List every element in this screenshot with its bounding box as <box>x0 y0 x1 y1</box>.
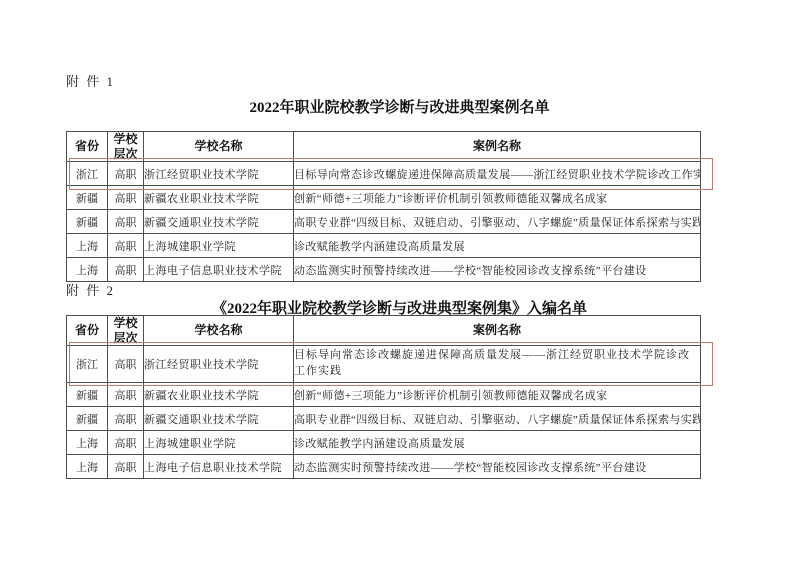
header-school: 学校名称 <box>144 316 294 346</box>
table-row: 新疆 高职 新疆农业职业技术学院 创新“师德+三项能力”诊断评价机制引领教师德能… <box>67 186 701 210</box>
cell-school: 上海电子信息职业技术学院 <box>144 258 294 282</box>
cell-level: 高职 <box>108 162 144 186</box>
header-case: 案例名称 <box>294 316 701 346</box>
cell-province: 上海 <box>67 455 108 479</box>
cell-province: 上海 <box>67 431 108 455</box>
cell-case: 创新“师德+三项能力”诊断评价机制引领教师德能双馨成名成家 <box>294 383 701 407</box>
header-level: 学校层次 <box>108 132 144 162</box>
table-row: 新疆 高职 新疆农业职业技术学院 创新“师德+三项能力”诊断评价机制引领教师德能… <box>67 383 701 407</box>
table-row: 上海 高职 上海电子信息职业技术学院 动态监测实时预警持续改进——学校“智能校园… <box>67 258 701 282</box>
table-row: 上海 高职 上海城建职业学院 诊改赋能教学内涵建设高质量发展 <box>67 431 701 455</box>
document-page: 附 件 1 2022年职业院校教学诊断与改进典型案例名单 省份 学校层次 学校名… <box>0 0 799 565</box>
cell-school: 浙江经贸职业技术学院 <box>144 162 294 186</box>
cell-school: 新疆农业职业技术学院 <box>144 186 294 210</box>
cell-school: 新疆交通职业技术学院 <box>144 407 294 431</box>
table2-inclusion-list: 省份 学校层次 学校名称 案例名称 浙江 高职 浙江经贸职业技术学院 目标导向常… <box>66 315 701 479</box>
cell-school: 上海城建职业学院 <box>144 234 294 258</box>
cell-school: 新疆交通职业技术学院 <box>144 210 294 234</box>
attachment1-label: 附 件 1 <box>66 71 115 90</box>
cell-level: 高职 <box>108 258 144 282</box>
table-row: 新疆 高职 新疆交通职业技术学院 高职专业群“四级目标、双链启动、引擎驱动、八字… <box>67 407 701 431</box>
cell-level: 高职 <box>108 234 144 258</box>
table-row: 新疆 高职 新疆交通职业技术学院 高职专业群“四级目标、双链启动、引擎驱动、八字… <box>67 210 701 234</box>
header-province: 省份 <box>67 316 108 346</box>
cell-province: 浙江 <box>67 162 108 186</box>
cell-level: 高职 <box>108 186 144 210</box>
header-province: 省份 <box>67 132 108 162</box>
cell-province: 新疆 <box>67 407 108 431</box>
cell-province: 新疆 <box>67 186 108 210</box>
cell-level: 高职 <box>108 383 144 407</box>
cell-level: 高职 <box>108 407 144 431</box>
cell-province: 新疆 <box>67 383 108 407</box>
table-row: 浙江 高职 浙江经贸职业技术学院 目标导向常态诊改螺旋递进保障高质量发展——浙江… <box>67 162 701 186</box>
cell-province: 新疆 <box>67 210 108 234</box>
cell-case: 诊改赋能教学内涵建设高质量发展 <box>294 234 701 258</box>
cell-province: 浙江 <box>67 346 108 383</box>
cell-case: 目标导向常态诊改螺旋递进保障高质量发展——浙江经贸职业技术学院诊改工作实践 <box>294 162 701 186</box>
cell-case: 动态监测实时预警持续改进——学校“智能校园诊改支撑系统”平台建设 <box>294 455 701 479</box>
header-case: 案例名称 <box>294 132 701 162</box>
cell-province: 上海 <box>67 258 108 282</box>
cell-province: 上海 <box>67 234 108 258</box>
header-school: 学校名称 <box>144 132 294 162</box>
table-row: 上海 高职 上海城建职业学院 诊改赋能教学内涵建设高质量发展 <box>67 234 701 258</box>
cell-level: 高职 <box>108 346 144 383</box>
cell-case: 高职专业群“四级目标、双链启动、引擎驱动、八字螺旋”质量保证体系探索与实践 <box>294 407 701 431</box>
cell-school: 上海城建职业学院 <box>144 431 294 455</box>
cell-school: 上海电子信息职业技术学院 <box>144 455 294 479</box>
table-row: 上海 高职 上海电子信息职业技术学院 动态监测实时预警持续改进——学校“智能校园… <box>67 455 701 479</box>
cell-level: 高职 <box>108 431 144 455</box>
cell-case: 高职专业群“四级目标、双链启动、引擎驱动、八字螺旋”质量保证体系探索与实践 <box>294 210 701 234</box>
cell-case: 目标导向常态诊改螺旋递进保障高质量发展——浙江经贸职业技术学院诊改工作实践 <box>294 346 701 383</box>
table-row: 浙江 高职 浙江经贸职业技术学院 目标导向常态诊改螺旋递进保障高质量发展——浙江… <box>67 346 701 383</box>
table-header-row: 省份 学校层次 学校名称 案例名称 <box>67 316 701 346</box>
cell-level: 高职 <box>108 210 144 234</box>
cell-school: 新疆农业职业技术学院 <box>144 383 294 407</box>
cell-case: 创新“师德+三项能力”诊断评价机制引领教师德能双馨成名成家 <box>294 186 701 210</box>
attachment1-title: 2022年职业院校教学诊断与改进典型案例名单 <box>0 96 799 117</box>
cell-school: 浙江经贸职业技术学院 <box>144 346 294 383</box>
table-header-row: 省份 学校层次 学校名称 案例名称 <box>67 132 701 162</box>
cell-case: 动态监测实时预警持续改进——学校“智能校园诊改支撑系统”平台建设 <box>294 258 701 282</box>
cell-level: 高职 <box>108 455 144 479</box>
cell-case: 诊改赋能教学内涵建设高质量发展 <box>294 431 701 455</box>
table1-case-list: 省份 学校层次 学校名称 案例名称 浙江 高职 浙江经贸职业技术学院 目标导向常… <box>66 131 701 282</box>
header-level: 学校层次 <box>108 316 144 346</box>
